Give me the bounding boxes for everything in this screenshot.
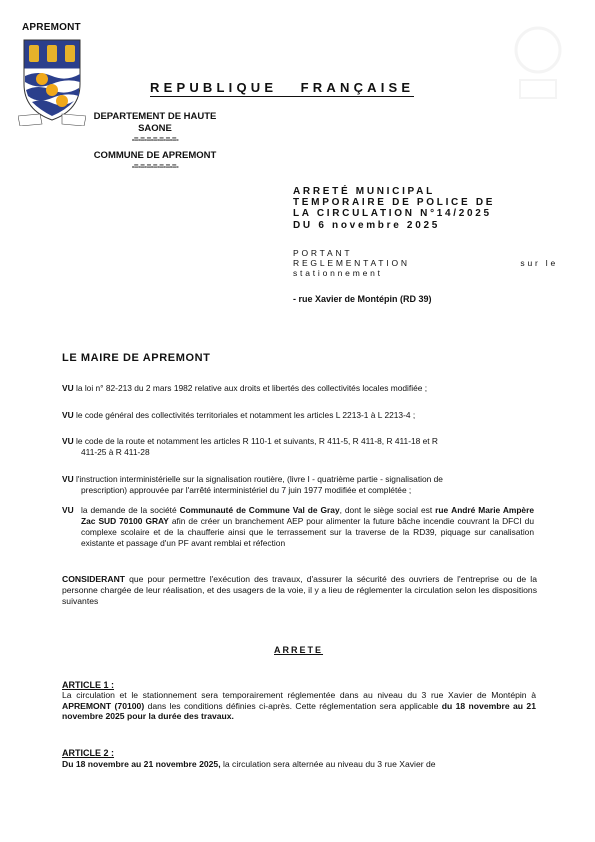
decree-title-line: DU 6 novembre 2025 [293,220,495,231]
faint-stamp-mark [508,25,568,105]
vu-item: VU l'instruction interministérielle sur … [62,474,534,496]
article-2-body: Du 18 novembre au 21 novembre 2025, la c… [62,759,536,770]
decree-title-line: TEMPORAIRE DE POLICE DE [293,197,495,208]
considerant-paragraph: CONSIDERANT que pour permettre l'exécuti… [62,574,537,607]
company-name: Communauté de Commune Val de Gray [180,505,340,515]
decree-title-line: ARRETÉ MUNICIPAL [293,186,495,197]
stationnement-label: stationnement [293,268,558,278]
separator: -=-=-=-=-=-=-=- [80,135,230,144]
separator: -=-=-=-=-=-=-=- [80,162,230,171]
mayor-heading: LE MAIRE DE APREMONT [62,352,211,364]
portant-block: PORTANT REGLEMENTATION sur le stationnem… [293,248,558,278]
department-line2: SAONE [80,123,230,135]
republic-heading: REPUBLIQUE FRANÇAISE [150,80,414,97]
town-name: APREMONT [22,22,81,33]
coat-of-arms-icon [18,38,86,126]
department-block: DEPARTEMENT DE HAUTE SAONE -=-=-=-=-=-=-… [80,111,230,144]
arrete-heading: ARRETE [274,645,323,655]
vu-item: VU le code de la route et notamment les … [62,436,534,458]
article-1-body: La circulation et le stationnement sera … [62,690,536,722]
reglementation-label: REGLEMENTATION [293,258,410,268]
article-2-title: ARTICLE 2 : [62,748,114,758]
article-1-title: ARTICLE 1 : [62,680,114,690]
vu-item-request: VU la demande de la société Communauté d… [62,505,534,549]
commune-name: COMMUNE DE APREMONT [80,150,230,162]
commune-block: COMMUNE DE APREMONT -=-=-=-=-=-=-=- [80,150,230,171]
portant-label: PORTANT [293,248,558,258]
considerant-lead: CONSIDERANT [62,574,125,584]
department-line1: DEPARTEMENT DE HAUTE [80,111,230,123]
decree-title-line: LA CIRCULATION N°14/2025 [293,208,495,219]
vu-item: VU la loi n° 82-213 du 2 mars 1982 relat… [62,383,534,394]
street-reference: - rue Xavier de Montépin (RD 39) [293,294,432,304]
sur-le-label: sur le [520,258,558,268]
decree-title: ARRETÉ MUNICIPAL TEMPORAIRE DE POLICE DE… [293,186,495,231]
vu-item: VU le code général des collectivités ter… [62,410,534,421]
